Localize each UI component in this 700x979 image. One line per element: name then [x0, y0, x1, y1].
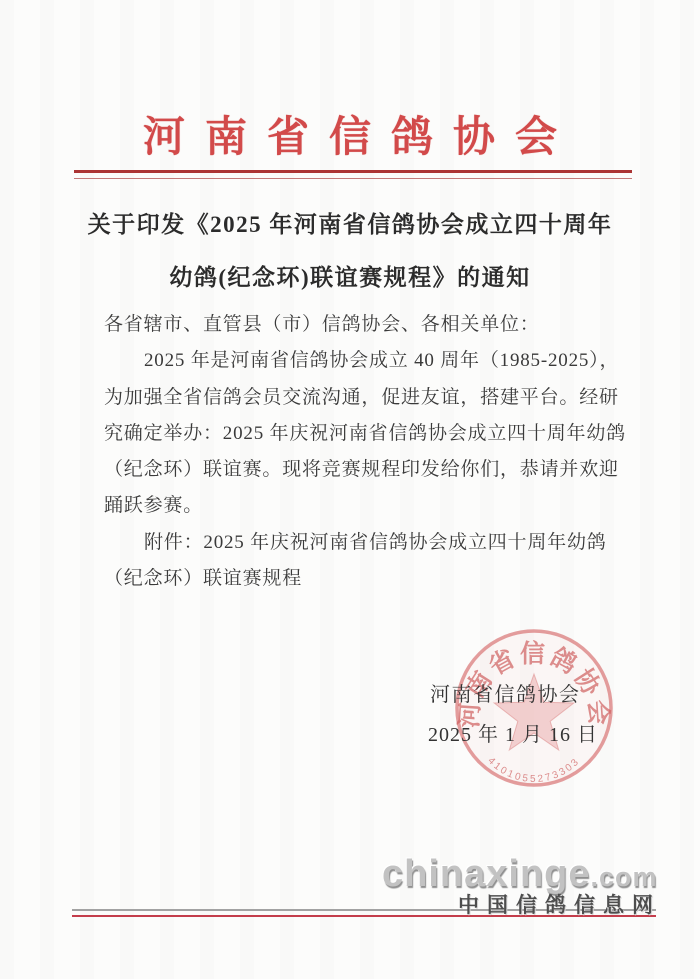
doc-title-line1: 关于印发《2025 年河南省信鸽协会成立四十周年 [0, 206, 700, 239]
seal-ring [457, 631, 611, 785]
body-text: 各省辖市、直管县（市）信鸽协会、各相关单位： 2025 年是河南省信鸽协会成立 … [104, 307, 598, 597]
document-page: 河南省信鸽协会 关于印发《2025 年河南省信鸽协会成立四十周年 幼鸽(纪念环)… [0, 0, 700, 979]
attachment-line2: （纪念环）联谊赛规程 [104, 561, 598, 597]
signature-date: 2025 年 1 月 16 日 [428, 718, 598, 747]
body-line: （纪念环）联谊赛。现将竞赛规程印发给你们，恭请并欢迎 [104, 452, 598, 488]
attachment-line: 附件：2025 年庆祝河南省信鸽协会成立四十周年幼鸽 [104, 525, 598, 561]
body-line: 2025 年是河南省信鸽协会成立 40 周年（1985-2025）， [104, 343, 598, 379]
seal-serial: 4101055273303 [485, 755, 582, 785]
letterhead-org-name: 河南省信鸽协会 [0, 104, 700, 164]
body-line: 究确定举办：2025 年庆祝河南省信鸽协会成立四十周年幼鸽 [104, 416, 598, 452]
official-seal: 河南省信鸽协会 4101055273303 [448, 626, 620, 788]
doc-title-line2: 幼鸽(纪念环)联谊赛规程》的通知 [0, 259, 700, 292]
salutation-line: 各省辖市、直管县（市）信鸽协会、各相关单位： [104, 307, 598, 343]
body-line: 踊跃参赛。 [104, 488, 598, 524]
letterhead-rule-thick [74, 170, 632, 173]
body-line: 为加强全省信鸽会员交流沟通，促进友谊，搭建平台。经研 [104, 380, 598, 416]
watermark-site-chinese-name: 中国信鸽信息网 [458, 889, 661, 919]
signature-org: 河南省信鸽协会 [430, 678, 581, 707]
watermark-site-tld: .com [591, 862, 658, 892]
letterhead-rule-thin [74, 178, 632, 179]
